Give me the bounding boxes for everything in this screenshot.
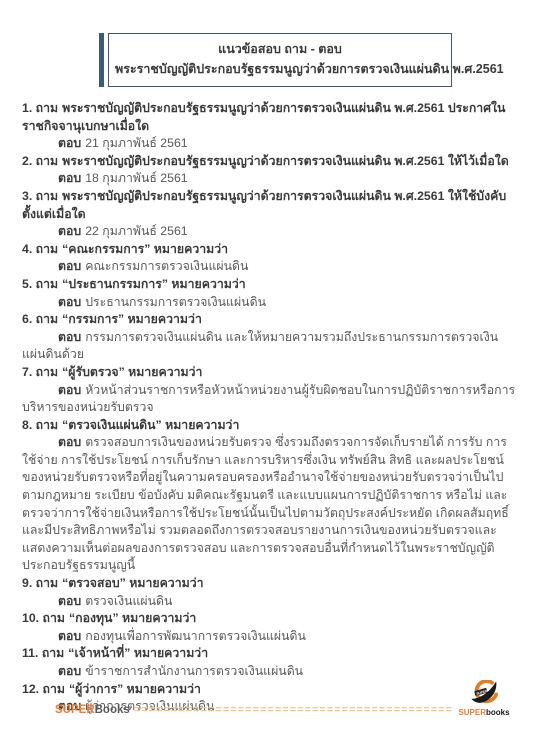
question-text: พระราชบัญญัติประกอบรัฐธรรมนูญว่าด้วยการต… xyxy=(22,189,506,221)
question-number: 6. ถาม xyxy=(22,312,62,326)
question-line: 4. ถาม“คณะกรรมการ” หมายความว่า xyxy=(22,241,516,259)
question-line: 7. ถาม“ผู้รับตรวจ” หมายความว่า xyxy=(22,364,516,382)
footer-brand: SUPERBooks xyxy=(55,703,130,717)
answer-text: คณะกรรมการตรวจเงินแผ่นดิน xyxy=(85,259,248,273)
answer-line: ตอบตรวจสอบการเงินของหน่วยรับตรวจ ซึ่งรวม… xyxy=(22,434,516,575)
question-number: 1. ถาม xyxy=(22,101,62,115)
answer-text: ข้าราชการสำนักงานการตรวจเงินแผ่นดิน xyxy=(85,664,303,678)
question-line: 6. ถาม“กรรมการ” หมายความว่า xyxy=(22,311,516,329)
qa-item: 6. ถาม“กรรมการ” หมายความว่าตอบกรรมการตรว… xyxy=(22,311,516,364)
superbooks-logo: SUPER SUPERbooks xyxy=(456,680,512,717)
qa-item: 10. ถาม“กองทุน” หมายความว่าตอบกองทุนเพื่… xyxy=(22,610,516,645)
qa-item: 3. ถามพระราชบัญญัติประกอบรัฐธรรมนูญว่าด้… xyxy=(22,188,516,241)
answer-text: กรรมการตรวจเงินแผ่นดิน และให้หมายความรวม… xyxy=(22,330,498,362)
answer-text: 18 กุมภาพันธ์ 2561 xyxy=(85,171,187,185)
answer-text: 22 กุมภาพันธ์ 2561 xyxy=(85,224,187,238)
question-number: 3. ถาม xyxy=(22,189,62,203)
footer-brand-super: SUPER xyxy=(55,704,95,716)
question-number: 5. ถาม xyxy=(22,277,62,291)
question-text: “ผู้รับตรวจ” หมายความว่า xyxy=(62,365,202,379)
answer-line: ตอบ22 กุมภาพันธ์ 2561 xyxy=(22,223,516,241)
qa-item: 9. ถาม“ตรวจสอบ” หมายความว่าตอบตรวจเงินแผ… xyxy=(22,575,516,610)
answer-label: ตอบ xyxy=(58,295,85,309)
question-line: 1. ถามพระราชบัญญัติประกอบรัฐธรรมนูญว่าด้… xyxy=(22,100,516,135)
answer-label: ตอบ xyxy=(58,629,85,643)
qa-item: 2. ถามพระราชบัญญัติประกอบรัฐธรรมนูญว่าด้… xyxy=(22,153,516,188)
answer-text: 21 กุมภาพันธ์ 2561 xyxy=(85,136,187,150)
question-text: “กองทุน” หมายความว่า xyxy=(69,611,196,625)
page-footer: SUPERBooks =============================… xyxy=(55,680,512,717)
document-title-box: แนวข้อสอบ ถาม - ตอบ พระราชบัญญัติประกอบร… xyxy=(99,33,538,87)
qa-item: 7. ถาม“ผู้รับตรวจ” หมายความว่าตอบหัวหน้า… xyxy=(22,364,516,417)
answer-line: ตอบกรรมการตรวจเงินแผ่นดิน และให้หมายความ… xyxy=(22,329,516,364)
question-text: “ประธานกรรมการ” หมายความว่า xyxy=(62,277,246,291)
answer-label: ตอบ xyxy=(58,594,85,608)
answer-text: ตรวจสอบการเงินของหน่วยรับตรวจ ซึ่งรวมถึง… xyxy=(22,435,509,572)
title-border-box: แนวข้อสอบ ถาม - ตอบ พระราชบัญญัติประกอบร… xyxy=(108,33,452,87)
answer-label: ตอบ xyxy=(58,136,85,150)
answer-label: ตอบ xyxy=(58,435,85,449)
qa-item: 8. ถาม“ตรวจเงินแผ่นดิน” หมายความว่าตอบตร… xyxy=(22,417,516,575)
question-number: 11. ถาม xyxy=(22,646,68,660)
answer-label: ตอบ xyxy=(58,383,85,397)
title-accent-bar xyxy=(99,33,104,87)
qa-item: 4. ถาม“คณะกรรมการ” หมายความว่าตอบคณะกรรม… xyxy=(22,241,516,276)
footer-brand-books: Books xyxy=(95,704,130,716)
qa-list: 1. ถามพระราชบัญญัติประกอบรัฐธรรมนูญว่าด้… xyxy=(0,87,538,716)
question-text: พระราชบัญญัติประกอบรัฐธรรมนูญว่าด้วยการต… xyxy=(62,154,509,168)
answer-line: ตอบกองทุนเพื่อการพัฒนาการตรวจเงินแผ่นดิน xyxy=(22,628,516,646)
question-text: “ตรวจเงินแผ่นดิน” หมายความว่า xyxy=(62,418,239,432)
answer-label: ตอบ xyxy=(58,259,85,273)
answer-line: ตอบประธานกรรมการตรวจเงินแผ่นดิน xyxy=(22,294,516,312)
question-number: 2. ถาม xyxy=(22,154,62,168)
question-line: 3. ถามพระราชบัญญัติประกอบรัฐธรรมนูญว่าด้… xyxy=(22,188,516,223)
qa-item: 1. ถามพระราชบัญญัติประกอบรัฐธรรมนูญว่าด้… xyxy=(22,100,516,153)
question-line: 8. ถาม“ตรวจเงินแผ่นดิน” หมายความว่า xyxy=(22,417,516,435)
answer-text: ประธานกรรมการตรวจเงินแผ่นดิน xyxy=(85,295,266,309)
question-number: 4. ถาม xyxy=(22,242,62,256)
question-text: พระราชบัญญัติประกอบรัฐธรรมนูญว่าด้วยการต… xyxy=(22,101,505,133)
answer-line: ตอบคณะกรรมการตรวจเงินแผ่นดิน xyxy=(22,258,516,276)
question-text: “เจ้าหน้าที่” หมายความว่า xyxy=(68,646,208,660)
answer-line: ตอบ21 กุมภาพันธ์ 2561 xyxy=(22,135,516,153)
question-text: “กรรมการ” หมายความว่า xyxy=(62,312,202,326)
qa-item: 5. ถาม“ประธานกรรมการ” หมายความว่าตอบประธ… xyxy=(22,276,516,311)
qa-item: 11. ถาม“เจ้าหน้าที่” หมายความว่าตอบข้ารา… xyxy=(22,645,516,680)
answer-label: ตอบ xyxy=(58,224,85,238)
question-line: 9. ถาม“ตรวจสอบ” หมายความว่า xyxy=(22,575,516,593)
answer-text: หัวหน้าส่วนราชการหรือหัวหน้าหน่วยงานผู้ร… xyxy=(22,383,515,415)
question-line: 2. ถามพระราชบัญญัติประกอบรัฐธรรมนูญว่าด้… xyxy=(22,153,516,171)
question-line: 10. ถาม“กองทุน” หมายความว่า xyxy=(22,610,516,628)
answer-text: กองทุนเพื่อการพัฒนาการตรวจเงินแผ่นดิน xyxy=(85,629,306,643)
superbooks-logo-text: SUPERbooks xyxy=(458,708,509,717)
answer-label: ตอบ xyxy=(58,664,85,678)
logo-text-books: books xyxy=(486,708,510,717)
answer-label: ตอบ xyxy=(58,171,85,185)
page-title: แนวข้อสอบ ถาม - ตอบ xyxy=(115,39,445,59)
footer-dashed-divider: ========================================… xyxy=(134,703,452,717)
answer-line: ตอบตรวจเงินแผ่นดิน xyxy=(22,593,516,611)
page-subtitle: พระราชบัญญัติประกอบรัฐธรรมนูญว่าด้วยการต… xyxy=(115,59,445,79)
question-number: 10. ถาม xyxy=(22,611,69,625)
answer-line: ตอบหัวหน้าส่วนราชการหรือหัวหน้าหน่วยงานผ… xyxy=(22,382,516,417)
question-text: “คณะกรรมการ” หมายความว่า xyxy=(62,242,228,256)
answer-label: ตอบ xyxy=(58,330,85,344)
question-number: 8. ถาม xyxy=(22,418,62,432)
question-line: 5. ถาม“ประธานกรรมการ” หมายความว่า xyxy=(22,276,516,294)
logo-text-super: SUPER xyxy=(458,708,486,717)
answer-line: ตอบข้าราชการสำนักงานการตรวจเงินแผ่นดิน xyxy=(22,663,516,681)
question-number: 7. ถาม xyxy=(22,365,62,379)
question-number: 9. ถาม xyxy=(22,576,62,590)
superbooks-logo-icon: SUPER xyxy=(469,680,499,707)
question-text: “ตรวจสอบ” หมายความว่า xyxy=(62,576,203,590)
question-line: 11. ถาม“เจ้าหน้าที่” หมายความว่า xyxy=(22,645,516,663)
answer-line: ตอบ18 กุมภาพันธ์ 2561 xyxy=(22,170,516,188)
answer-text: ตรวจเงินแผ่นดิน xyxy=(85,594,172,608)
